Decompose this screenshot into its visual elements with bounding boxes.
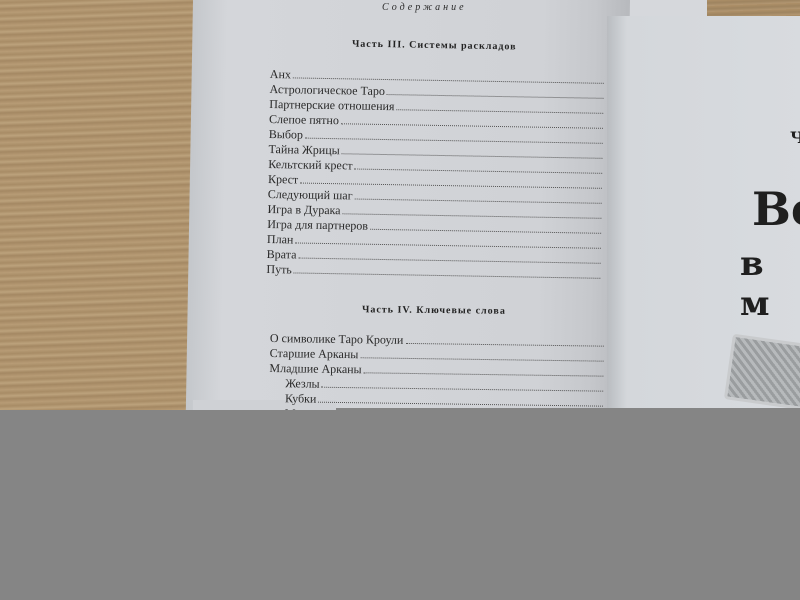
leader-dots bbox=[387, 93, 604, 99]
leader-dots bbox=[364, 371, 604, 376]
leader-dots bbox=[370, 228, 601, 234]
leader-dots bbox=[405, 342, 604, 347]
right-page-small-text: Ч bbox=[790, 128, 800, 147]
leader-dots bbox=[355, 197, 602, 203]
gray-overlay bbox=[0, 410, 800, 600]
leader-dots bbox=[341, 122, 603, 129]
leader-dots bbox=[343, 212, 602, 219]
leader-dots bbox=[360, 356, 603, 361]
leader-dots bbox=[355, 167, 603, 173]
right-page-title-line1: Вс bbox=[752, 182, 800, 236]
leader-dots bbox=[318, 401, 603, 407]
leader-dots bbox=[396, 108, 603, 114]
leader-dots bbox=[342, 152, 603, 159]
tarot-card-illustration bbox=[724, 334, 800, 413]
wooden-table bbox=[0, 0, 200, 428]
running-header: Содержание bbox=[382, 2, 467, 13]
part4-title: Часть IV. Ключевые слова bbox=[362, 304, 506, 317]
toc-part3: Анх Астрологическое Таро Партнерские отн… bbox=[266, 67, 610, 283]
leader-dots bbox=[294, 271, 601, 278]
right-page-title-line2: в м bbox=[740, 244, 800, 324]
leader-dots bbox=[322, 386, 604, 392]
